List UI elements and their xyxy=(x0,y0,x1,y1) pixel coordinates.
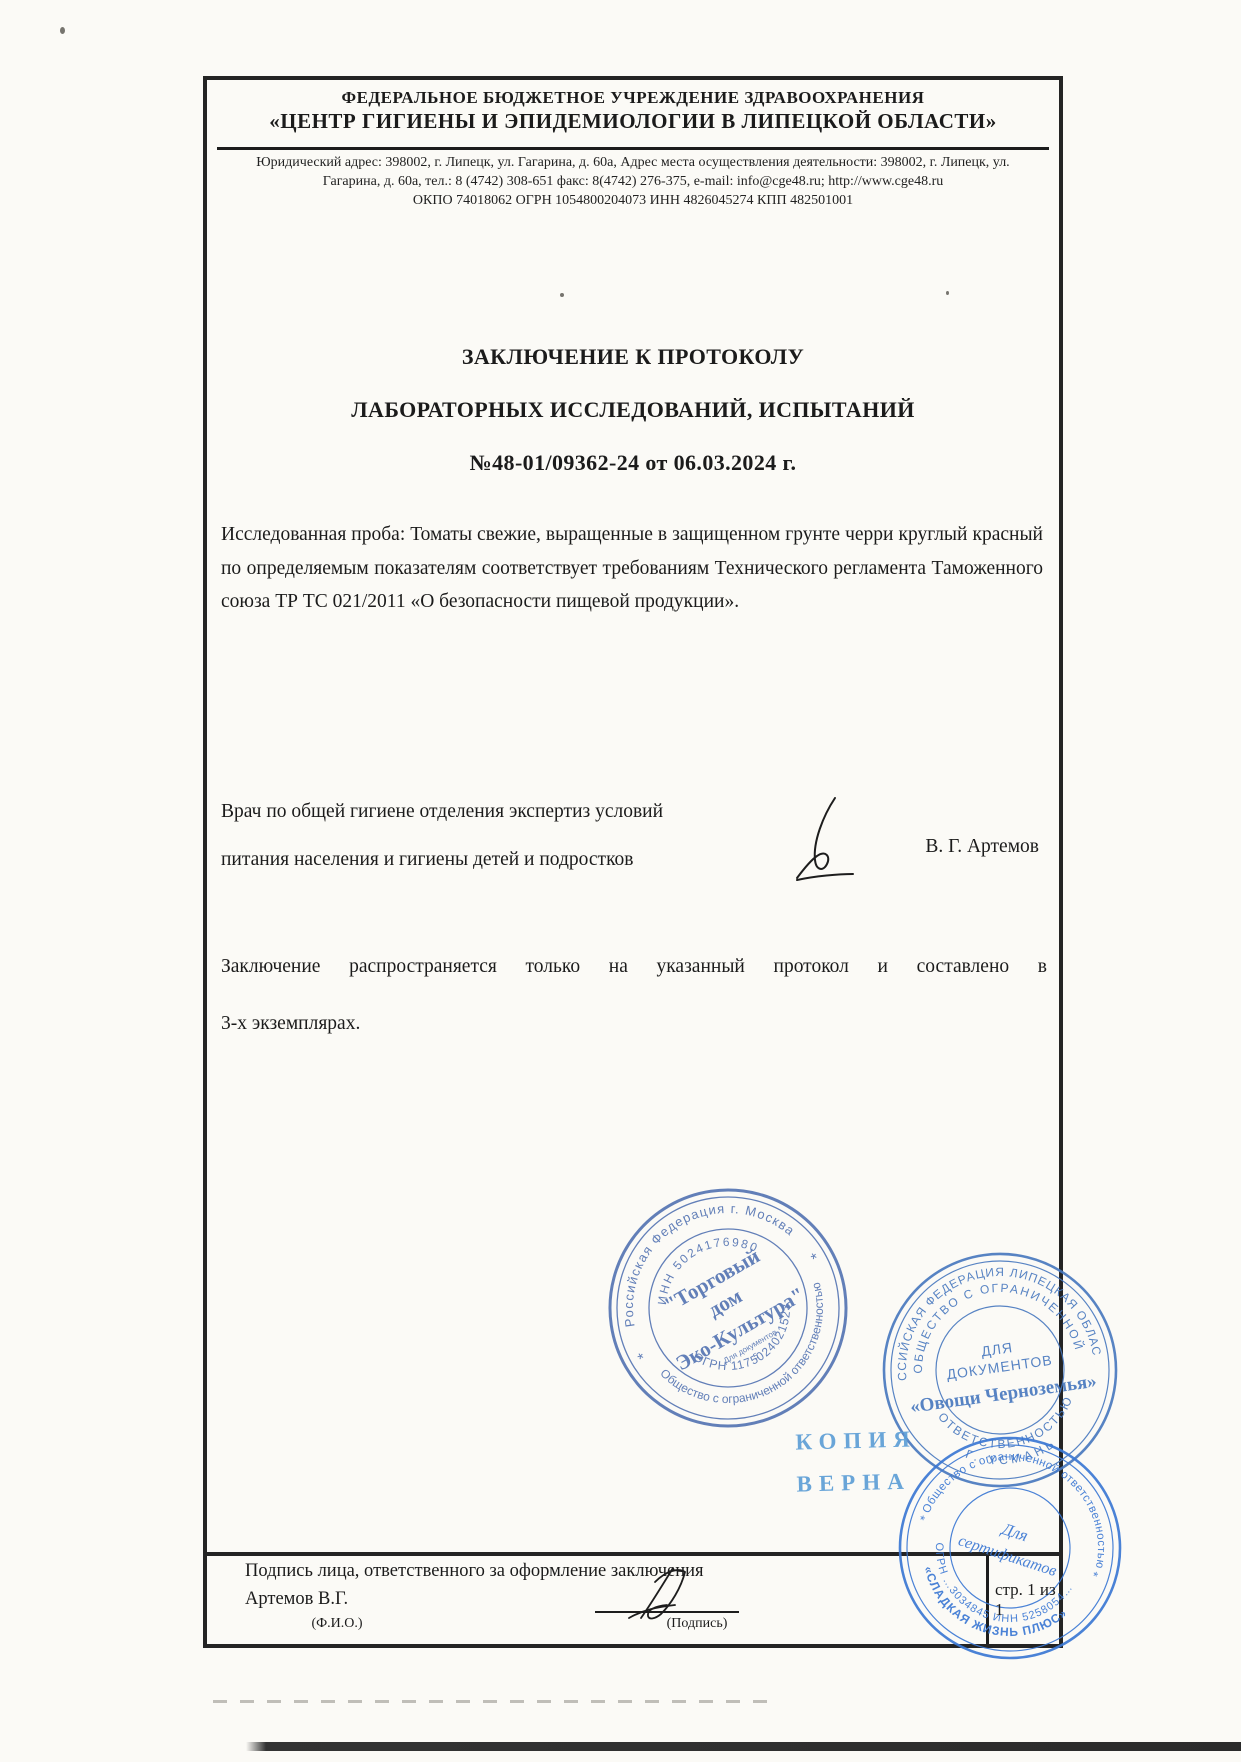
conclusion-line-2: 3-х экземплярах. xyxy=(221,995,1047,1052)
scanned-document-page: ФЕДЕРАЛЬНОЕ БЮДЖЕТНОЕ УЧРЕЖДЕНИЕ ЗДРАВОО… xyxy=(0,0,1241,1762)
title-line-2: ЛАБОРАТОРНЫХ ИССЛЕДОВАНИЙ, ИСПЫТАНИЙ xyxy=(207,383,1059,436)
doctor-signature xyxy=(785,792,865,892)
page-number: стр. 1 из 1 xyxy=(995,1580,1059,1620)
doctor-line-1: Врач по общей гигиене отделения эксперти… xyxy=(221,788,861,836)
doctor-line-2: питания населения и гигиены детей и подр… xyxy=(221,836,861,884)
footer-signature xyxy=(577,1560,762,1622)
conclusion-block: Заключение распространяется только на ук… xyxy=(221,938,1047,1052)
stamp-star: * xyxy=(1090,1568,1099,1584)
address-line-3: ОКПО 74018062 ОГРН 1054800204073 ИНН 482… xyxy=(207,191,1059,210)
stamp-star: * xyxy=(917,1512,926,1528)
header-rule xyxy=(217,147,1049,150)
scan-artifact-line xyxy=(213,1700,768,1703)
copy-mark-line-1: КОПИЯ xyxy=(795,1418,917,1463)
scan-speck xyxy=(60,27,65,34)
stamp-center-text: Для xyxy=(998,1519,1031,1546)
stamp-center-text: ДЛЯ xyxy=(980,1339,1014,1359)
conclusion-line-1: Заключение распространяется только на ук… xyxy=(221,938,1047,995)
document-title: ЗАКЛЮЧЕНИЕ К ПРОТОКОЛУ ЛАБОРАТОРНЫХ ИССЛ… xyxy=(207,330,1059,489)
responsible-name: Артемов В.Г. xyxy=(245,1589,348,1610)
title-line-1: ЗАКЛЮЧЕНИЕ К ПРОТОКОЛУ xyxy=(207,330,1059,383)
bottom-scan-bar xyxy=(246,1742,1241,1751)
fio-label: (Ф.И.О.) xyxy=(237,1616,437,1632)
podpis-label: (Подпись) xyxy=(607,1616,787,1632)
copy-mark-line-2: ВЕРНА xyxy=(796,1460,918,1505)
doctor-name: В. Г. Артемов xyxy=(925,836,1039,858)
address-line-1: Юридический адрес: 398002, г. Липецк, ул… xyxy=(207,153,1059,172)
stamp-star: * xyxy=(635,1350,649,1368)
org-type-line: ФЕДЕРАЛЬНОЕ БЮДЖЕТНОЕ УЧРЕЖДЕНИЕ ЗДРАВОО… xyxy=(207,88,1059,108)
address-line-2: Гагарина, д. 60а, тел.: 8 (4742) 308-651… xyxy=(207,172,1059,191)
title-line-3: №48-01/09362-24 от 06.03.2024 г. xyxy=(207,436,1059,489)
sample-paragraph: Исследованная проба: Томаты свежие, выра… xyxy=(221,518,1043,619)
copy-verna-mark: КОПИЯ ВЕРНА xyxy=(795,1418,919,1505)
stamp-star: * xyxy=(809,1250,823,1268)
doctor-position-block: Врач по общей гигиене отделения эксперти… xyxy=(221,788,861,884)
org-name-line: «ЦЕНТР ГИГИЕНЫ И ЭПИДЕМИОЛОГИИ В ЛИПЕЦКО… xyxy=(207,109,1059,134)
